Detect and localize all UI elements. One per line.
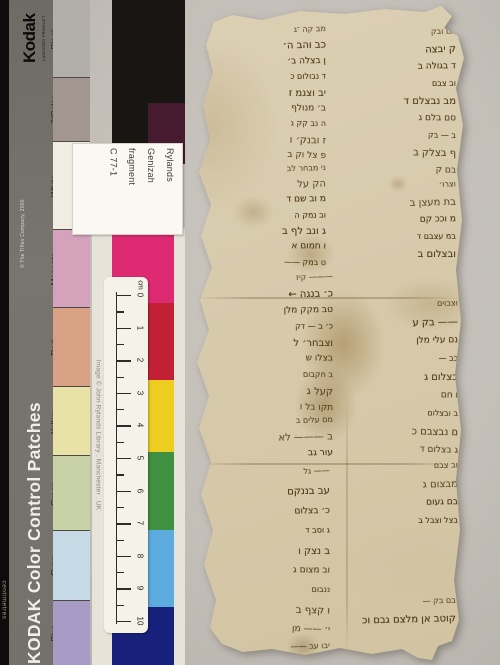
- ruler-tick-half: [116, 507, 124, 508]
- script-line: מב נבצלם ד: [350, 96, 456, 113]
- patch-yellow: [53, 387, 90, 456]
- script-line: ב — בק: [350, 129, 456, 148]
- script-line: טב מקק מלן: [193, 305, 333, 323]
- script-line: בם געום: [348, 497, 458, 517]
- ruler-tick-half: [116, 605, 124, 606]
- script-line: ד נבולום כ: [196, 72, 326, 88]
- script-line: וב צבם: [350, 79, 456, 97]
- ruler-number-6: 6: [136, 488, 145, 492]
- black-edge-strip: [0, 0, 9, 665]
- script-line: בצלום ג: [348, 372, 458, 390]
- separation-red: [148, 303, 174, 380]
- archive-tag-label: Rylands Genizah fragment C 77-1: [72, 143, 183, 235]
- ruler-number-4: 4: [136, 423, 145, 427]
- script-line: במ עצבם ד: [350, 232, 456, 250]
- ruler-number-10: 10: [136, 617, 145, 626]
- manuscript-fragment: מב קה ־גכב והב ה׳ן בצלה ב׳ד נבולום כיב ו…: [183, 4, 467, 662]
- script-line: —— בק ע: [348, 317, 458, 338]
- ruler-tick-half: [116, 409, 124, 410]
- patch-3-color: [53, 78, 90, 142]
- script-line: ן בצלה ב׳: [196, 56, 326, 73]
- separation-black: [112, 103, 148, 145]
- ruler-tick-cm: [116, 556, 131, 557]
- kodak-licensed-product-label: LICENSED PRODUCT: [41, 15, 46, 61]
- script-column-left-top: מב קה ־גכב והב ה׳ן בצלה ב׳ד נבולום כיב ו…: [196, 26, 326, 272]
- color-patch-column: [53, 0, 90, 665]
- patch-black: [53, 0, 90, 78]
- image-credit: Image © John Rylands Library . Mancheste…: [95, 360, 102, 511]
- script-column-right-top: בם ובקק יבצהד בגולה בוב צבםמב נבצלם דסם …: [350, 28, 456, 266]
- script-line: ד בגולה ב: [350, 61, 456, 80]
- script-line: עור גב: [193, 448, 333, 466]
- ruler-tick-half: [116, 572, 124, 573]
- tiffen-copyright: © The Tiffen Company, 2000: [20, 199, 26, 268]
- script-line: עב בננקם: [198, 486, 330, 508]
- ruler-tick-cm: [116, 328, 131, 329]
- script-line: וב מצום ג: [198, 564, 330, 584]
- script-line: מ וב שם ד: [196, 194, 326, 211]
- script-line: ובצלום ב: [350, 249, 456, 266]
- script-line: מ וככ קם: [350, 214, 456, 233]
- ruler-tick-half: [116, 474, 124, 475]
- ruler-number-9: 9: [136, 586, 145, 590]
- patch-green: [53, 456, 90, 531]
- ruler-number-8: 8: [136, 554, 145, 558]
- manuscript-paper: מב קה ־גכב והב ה׳ן בצלה ב׳ד נבולום כיב ו…: [183, 4, 467, 662]
- digitized-manuscript-photo: centimetres Kodak LICENSED PRODUCT KODAK…: [0, 0, 500, 665]
- archive-tag-text: Rylands Genizah fragment C 77-1: [103, 148, 179, 230]
- ruler-tick-cm: [116, 295, 131, 296]
- separation-cyan: [148, 530, 174, 607]
- centimetres-label: centimetres: [1, 580, 8, 619]
- kodak-logo: Kodak: [20, 14, 40, 63]
- script-line: קוטב אן מלצם גבם וכ: [300, 613, 456, 634]
- script-line: ט במק ——: [196, 256, 326, 273]
- ruler-number-0: 0: [136, 293, 145, 297]
- script-line: ו חם: [348, 390, 458, 409]
- ruler-tick-half: [116, 540, 124, 541]
- script-line: ג וסב ד: [198, 526, 330, 546]
- script-line: מבצום ג: [348, 479, 458, 500]
- script-line: ב ובצלום: [348, 407, 458, 427]
- kodak-color-control-strip: Kodak LICENSED PRODUCT KODAK Color Contr…: [9, 0, 53, 665]
- patch-cyan: [53, 531, 90, 601]
- script-line: כ׳ ב — דק: [193, 321, 333, 338]
- script-line: ג ונב לף ב: [196, 226, 326, 241]
- ruler-tick-half: [116, 377, 124, 378]
- patch-magenta: [53, 230, 90, 308]
- separation-black: [112, 0, 185, 103]
- script-line: כב —: [348, 354, 458, 373]
- script-line: יב וצנמ ז: [196, 88, 326, 103]
- ruler-tick-cm: [116, 458, 131, 459]
- separation-yellow: [148, 380, 174, 452]
- ruler-tick-cm: [116, 588, 131, 589]
- script-line: וצבחר׳ ל: [193, 338, 333, 354]
- script-line: סם בלם ג: [350, 113, 456, 131]
- kodak-strip-title: KODAK Color Control Patches: [24, 402, 45, 664]
- cm-ruler: cm 012345678910: [104, 277, 148, 633]
- script-line: כ׳ בצלום: [198, 506, 330, 527]
- script-line: נם עלי מלן: [348, 335, 458, 355]
- ruler-number-5: 5: [136, 456, 145, 460]
- ruler-number-1: 1: [136, 325, 145, 329]
- script-line: ק יבצה: [350, 44, 456, 63]
- script-line: בצל וצבל ב: [348, 516, 458, 535]
- ruler-number-7: 7: [136, 521, 145, 525]
- ruler-tick-cm: [116, 621, 131, 622]
- ruler-tick-cm: [116, 523, 131, 524]
- ruler-tick-cm: [116, 491, 131, 492]
- ruler-unit-label: cm: [137, 280, 144, 289]
- ruler-tick-half: [116, 311, 124, 312]
- ruler-tick-cm: [116, 360, 131, 361]
- patch-red: [53, 308, 90, 387]
- script-line: ב נצק ו: [198, 546, 330, 565]
- ruler-tick-cm: [116, 425, 131, 426]
- script-line: בת מעצן ב: [350, 197, 456, 216]
- ruler-tick-half: [116, 442, 124, 443]
- script-column-right-bottom: בם בק —קוטב אן מלצם גבם וכ: [300, 598, 456, 632]
- script-line: וב נמק ה: [196, 210, 326, 226]
- script-column-right-middle: וצבוים—— בק ענם עלי מלןכב —בצלום גו חםב …: [348, 300, 458, 534]
- separation-green: [148, 452, 174, 530]
- patch-blue: [53, 601, 90, 665]
- ruler-tick-half: [116, 344, 124, 345]
- script-line: יבו עב ——: [198, 640, 331, 664]
- script-line: ו חמום א: [196, 241, 326, 257]
- ruler-number-2: 2: [136, 358, 145, 362]
- ruler-tick-cm: [116, 393, 131, 394]
- ruler-number-3: 3: [136, 391, 145, 395]
- script-column-left-middle: ——— קיזכ׳ בנגה ←טב מקק מלןכ׳ ב — דקוצבחר…: [193, 274, 333, 465]
